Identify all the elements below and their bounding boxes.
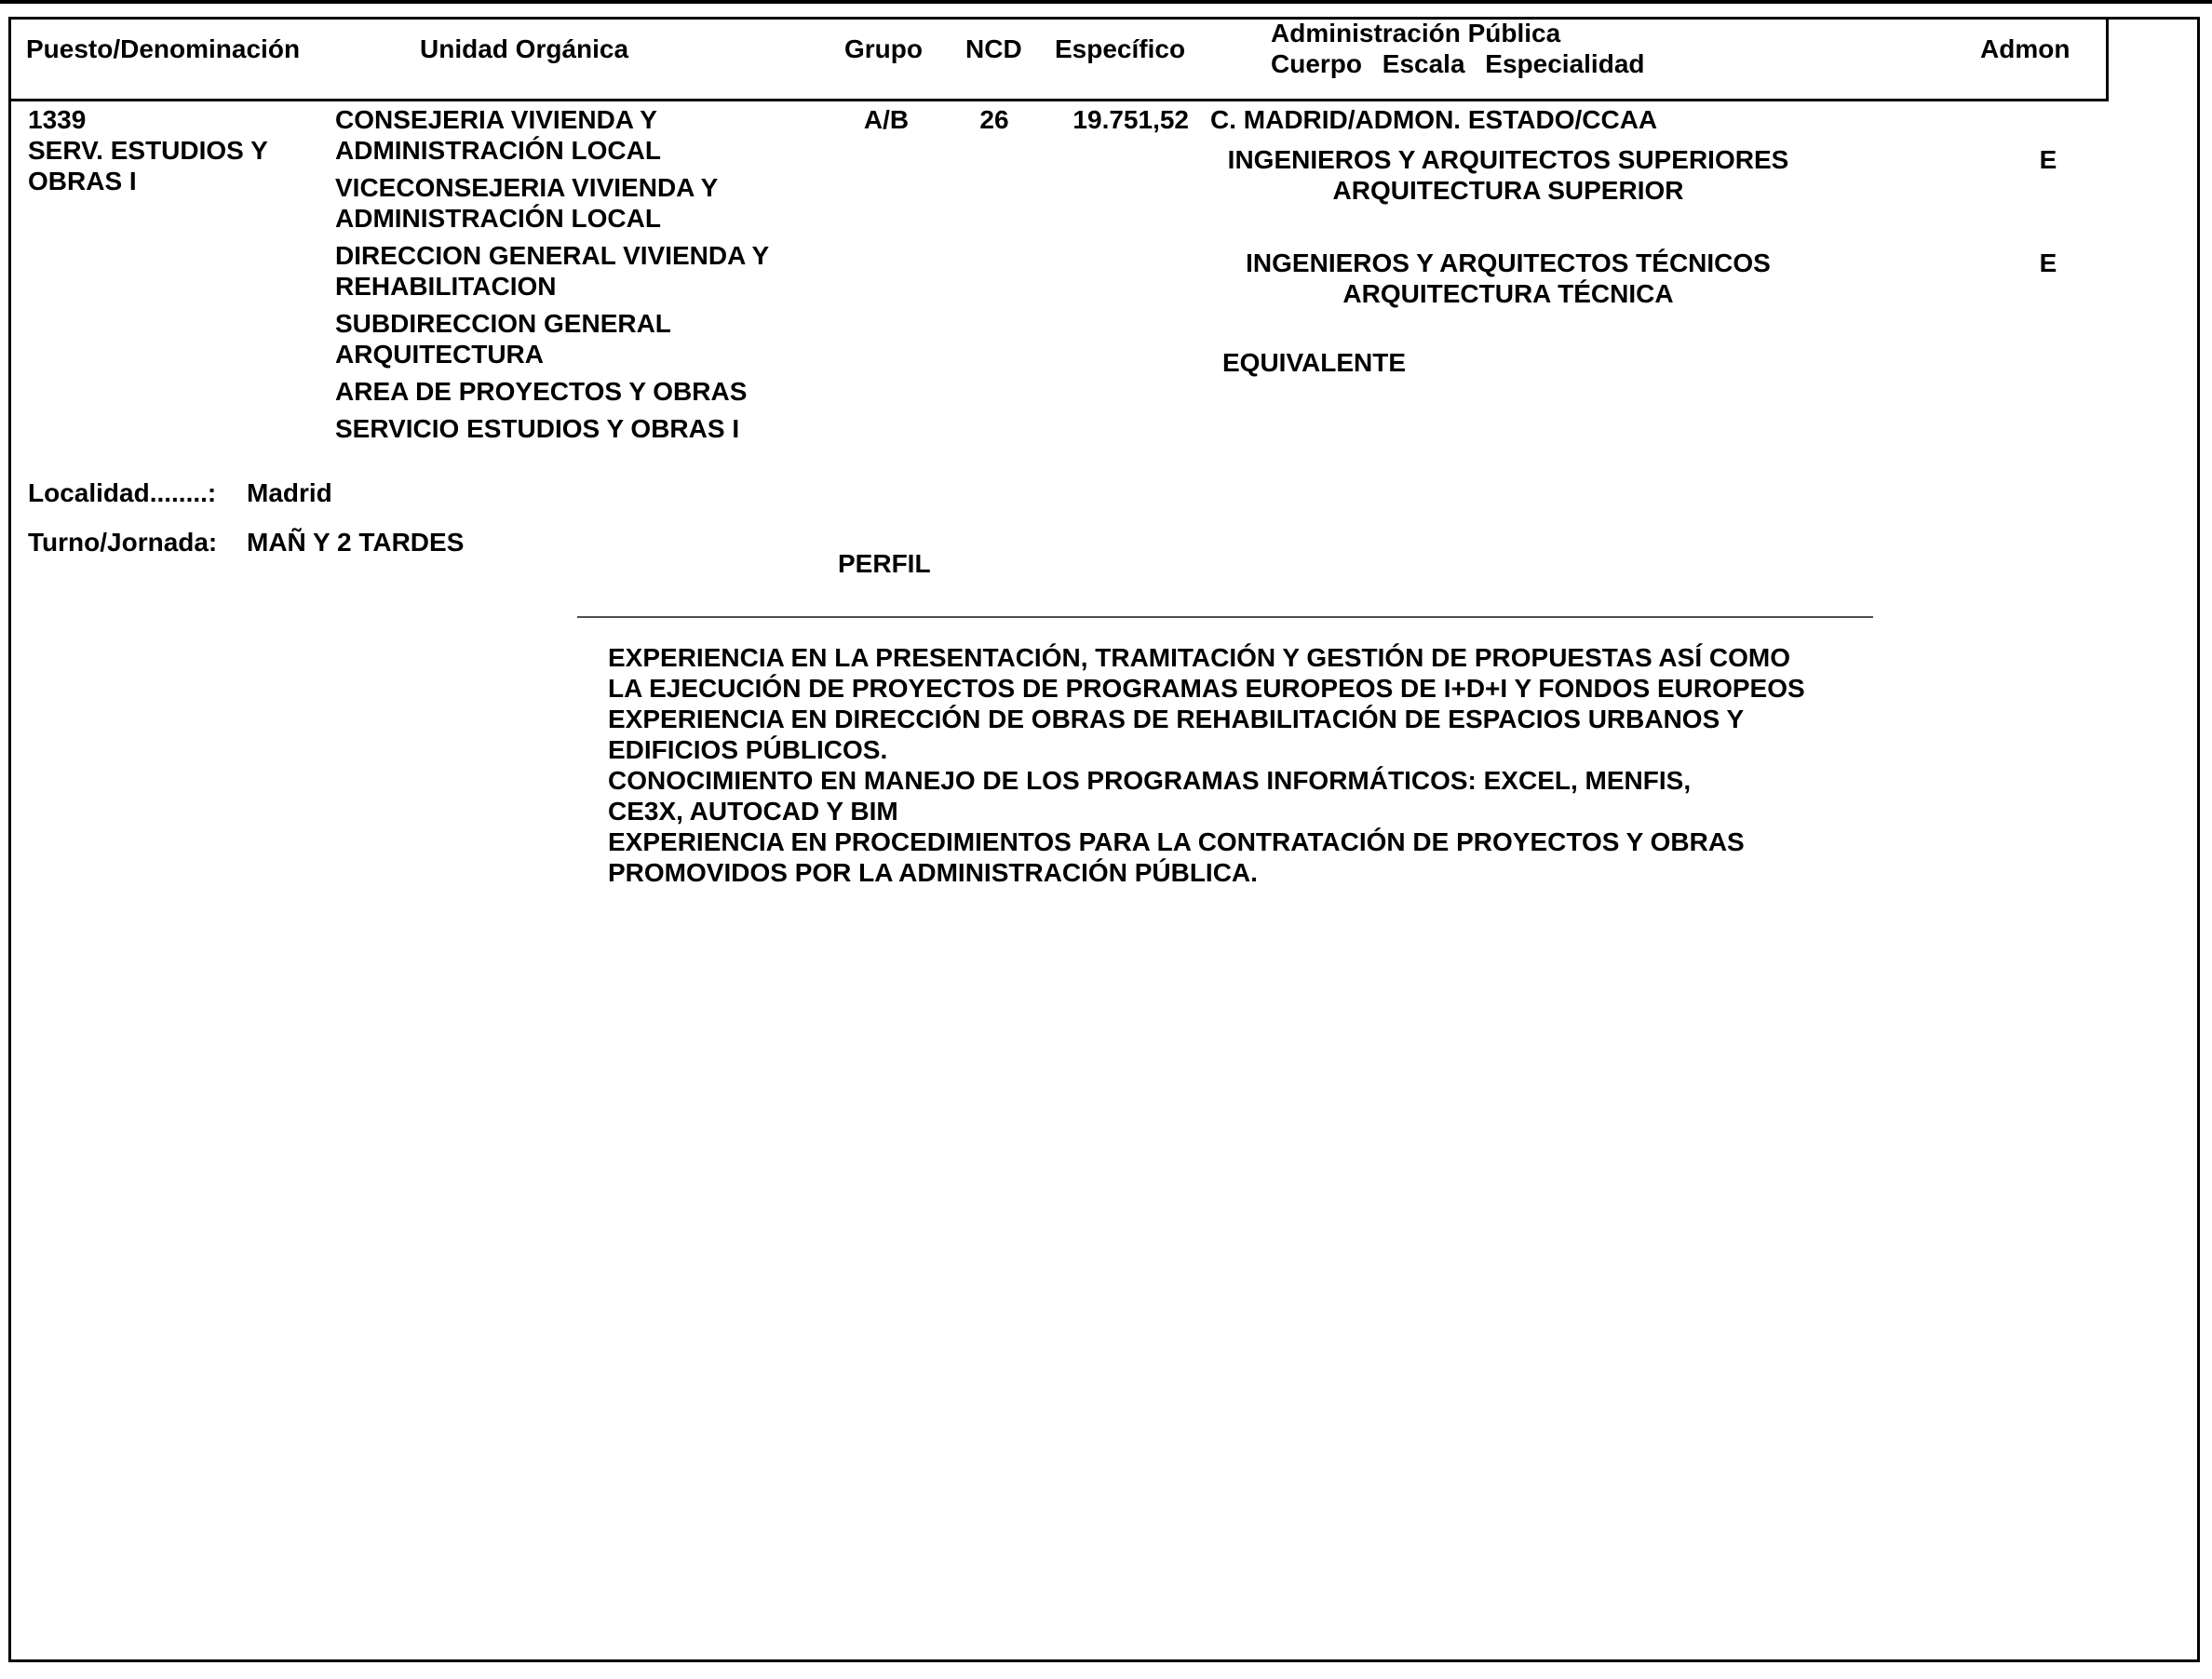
cuerpo-entry: EQUIVALENTE xyxy=(1222,347,1406,378)
unidad-organica-item: CONSEJERIA VIVIENDA Y ADMINISTRACIÓN LOC… xyxy=(335,104,784,166)
perfil-text-block: EXPERIENCIA EN LA PRESENTACIÓN, TRAMITAC… xyxy=(608,642,1805,888)
admon-value: E xyxy=(2020,144,2076,175)
column-header-puesto-denominacion: Puesto/Denominación xyxy=(26,34,300,64)
perfil-line: PROMOVIDOS POR LA ADMINISTRACIÓN PÚBLICA… xyxy=(608,857,1805,888)
perfil-line: EXPERIENCIA EN DIRECCIÓN DE OBRAS DE REH… xyxy=(608,704,1805,734)
cuerpo-name: EQUIVALENTE xyxy=(1222,347,1406,378)
ncd-value: 26 xyxy=(959,104,1030,135)
cuerpo-especialidad: ARQUITECTURA SUPERIOR xyxy=(1220,175,1797,206)
perfil-line: CE3X, AUTOCAD Y BIM xyxy=(608,796,1805,826)
perfil-line: CONOCIMIENTO EN MANEJO DE LOS PROGRAMAS … xyxy=(608,765,1805,796)
grupo-value: A/B xyxy=(838,104,935,135)
perfil-line: EXPERIENCIA EN LA PRESENTACIÓN, TRAMITAC… xyxy=(608,642,1805,673)
localidad-value: Madrid xyxy=(247,477,332,508)
unidad-organica-item: AREA DE PROYECTOS Y OBRAS xyxy=(335,376,784,407)
column-header-administracion-publica: Administración Pública Cuerpo Escala Esp… xyxy=(1271,18,1645,79)
perfil-line: EDIFICIOS PÚBLICOS. xyxy=(608,734,1805,765)
unidad-organica-cell: CONSEJERIA VIVIENDA Y ADMINISTRACIÓN LOC… xyxy=(335,104,784,450)
column-header-admon: Admon xyxy=(1980,34,2070,64)
cuerpo-name: INGENIEROS Y ARQUITECTOS TÉCNICOS xyxy=(1220,248,1797,278)
puesto-cell: 1339 SERV. ESTUDIOS Y OBRAS I xyxy=(28,104,318,196)
puesto-denominacion: SERV. ESTUDIOS Y OBRAS I xyxy=(28,135,318,196)
header-divider-vertical xyxy=(2106,17,2109,101)
localidad-label: Localidad........: xyxy=(28,477,216,508)
puesto-code: 1339 xyxy=(28,104,318,135)
top-edge-bar xyxy=(0,0,2212,4)
column-header-unidad-organica: Unidad Orgánica xyxy=(420,34,628,64)
unidad-organica-item: SUBDIRECCION GENERAL ARQUITECTURA xyxy=(335,308,784,369)
admon-value: E xyxy=(2020,248,2076,278)
perfil-divider-line xyxy=(577,616,1873,618)
column-header-ncd: NCD xyxy=(965,34,1022,64)
unidad-organica-item: VICECONSEJERIA VIVIENDA Y ADMINISTRACIÓN… xyxy=(335,172,784,234)
unidad-organica-item: SERVICIO ESTUDIOS Y OBRAS I xyxy=(335,413,784,444)
column-header-cuerpo-escala-especialidad: Cuerpo Escala Especialidad xyxy=(1271,48,1645,79)
column-header-especifico: Específico xyxy=(1055,34,1185,64)
cuerpo-name: INGENIEROS Y ARQUITECTOS SUPERIORES xyxy=(1220,144,1797,175)
job-posting-document: { "header": { "col_puesto": "Puesto/Deno… xyxy=(0,0,2212,1679)
turno-jornada-label: Turno/Jornada: xyxy=(28,527,217,557)
perfil-line: LA EJECUCIÓN DE PROYECTOS DE PROGRAMAS E… xyxy=(608,673,1805,704)
header-divider-horizontal xyxy=(8,99,2109,101)
cuerpo-entry: INGENIEROS Y ARQUITECTOS TÉCNICOS ARQUIT… xyxy=(1220,248,1797,309)
especifico-value: 19.751,52 xyxy=(1043,104,1189,135)
unidad-organica-item: DIRECCION GENERAL VIVIENDA Y REHABILITAC… xyxy=(335,240,784,302)
perfil-line: EXPERIENCIA EN PROCEDIMIENTOS PARA LA CO… xyxy=(608,826,1805,857)
column-header-administracion-publica-line1: Administración Pública xyxy=(1271,18,1645,48)
cuerpo-especialidad: ARQUITECTURA TÉCNICA xyxy=(1220,278,1797,309)
column-header-grupo: Grupo xyxy=(844,34,923,64)
perfil-section-title: PERFIL xyxy=(838,548,931,579)
administracion-publica-value: C. MADRID/ADMON. ESTADO/CCAA xyxy=(1210,104,1657,135)
turno-jornada-value: MAÑ Y 2 TARDES xyxy=(247,527,464,557)
cuerpo-entry: INGENIEROS Y ARQUITECTOS SUPERIORES ARQU… xyxy=(1220,144,1797,206)
